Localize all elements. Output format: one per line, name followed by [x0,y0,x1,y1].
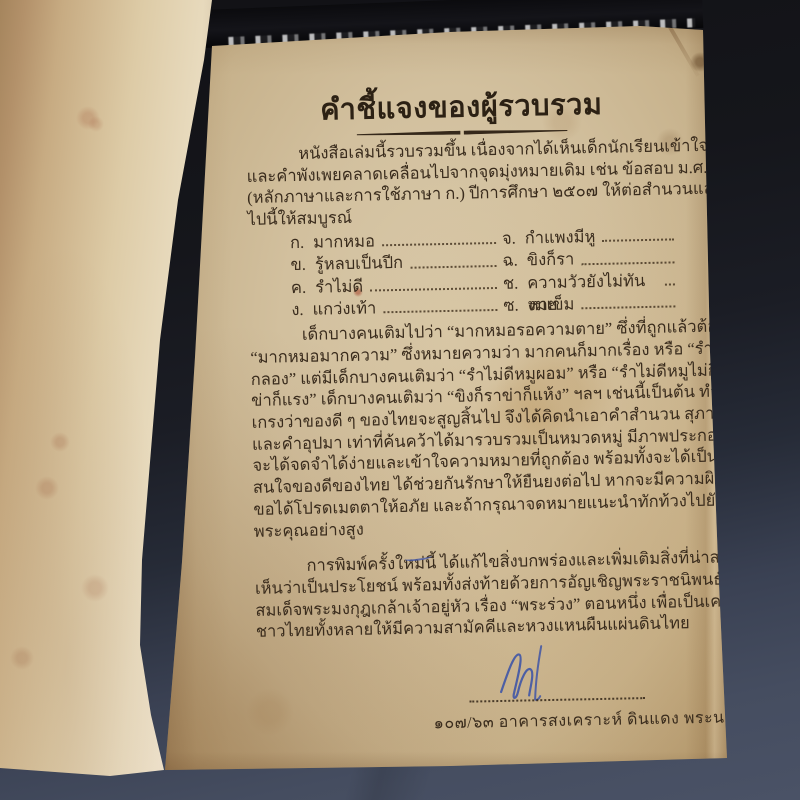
item-phrase: แกว่งเท้า [312,297,376,321]
item-phrase: มากหมอ [313,230,375,254]
fill-in-list: ก. มากหมอ ข. รู้หลบเป็นปีก ค. รำไม่ดี [248,224,682,322]
item-phrase: รู้หลบเป็นปีก [315,252,404,276]
list-item: ง. แกว่งเท้า [291,295,503,322]
item-phrase: กำแพงมีหู [525,226,596,250]
divider-right-stroke [463,129,567,135]
item-label: ค. [291,276,307,299]
dotted-leader [383,295,497,314]
item-label: ซ. [503,294,519,317]
item-label: ช. [503,272,519,295]
book-page: คำชี้แจงของผู้รวบรวม หนังสือเล่มนี้รวบรว… [150,22,732,774]
item-phrase: ความวัวยังไม่ทันหาย [527,269,658,294]
paragraph-3: การพิมพ์ครั้งใหม่นี้ ได้แก้ไขสิ่งบกพร่อง… [254,547,688,642]
signature-ink [488,643,561,702]
page-content: คำชี้แจงของผู้รวบรวม หนังสือเล่มนี้รวบรว… [245,83,690,768]
divider-left-stroke [356,131,460,137]
dotted-leader [602,224,674,242]
item-label: ข. [290,254,306,277]
dotted-leader [382,228,496,247]
dotted-leader [370,273,497,292]
paragraph-1: หนังสือเล่มนี้รวบรวมขึ้น เนื่องจากได้เห็… [246,135,680,230]
address-line: ๑๐๗/๖๓ อาคารสงเคราะห์ ดินแดง พระนคร [433,705,745,736]
item-label: ก. [290,232,305,255]
dotted-leader [665,269,675,286]
signature-area: ๑๐๗/๖๓ อาคารสงเคราะห์ ดินแดง พระนคร [256,640,690,769]
fill-in-list-right-column: จ. กำแพงมีหู ฉ. ขิงก็รา ช. ความวัวยังไม่… [502,224,682,317]
item-label: ฉ. [502,250,518,273]
dotted-leader [410,250,497,268]
corner-fold-crease [665,21,699,77]
paragraph-2: เด็กบางคนเติมไปว่า “มากหมอรอความตาย” ซึ่… [250,317,686,543]
item-label: ง. [291,299,304,322]
item-phrase: งมเข็ม [527,293,574,316]
item-label: จ. [502,227,516,250]
dotted-leader [581,247,674,265]
fill-in-list-left-column: ก. มากหมอ ข. รู้หลบเป็นปีก ค. รำไม่ดี [290,228,504,322]
item-phrase: ขิงก็รา [527,249,575,272]
dotted-leader [581,291,675,309]
list-item: ซ. งมเข็ม [503,291,681,317]
book-photo: คำชี้แจงของผู้รวบรวม หนังสือเล่มนี้รวบรว… [0,0,800,800]
item-phrase: รำไม่ดี [315,275,363,298]
